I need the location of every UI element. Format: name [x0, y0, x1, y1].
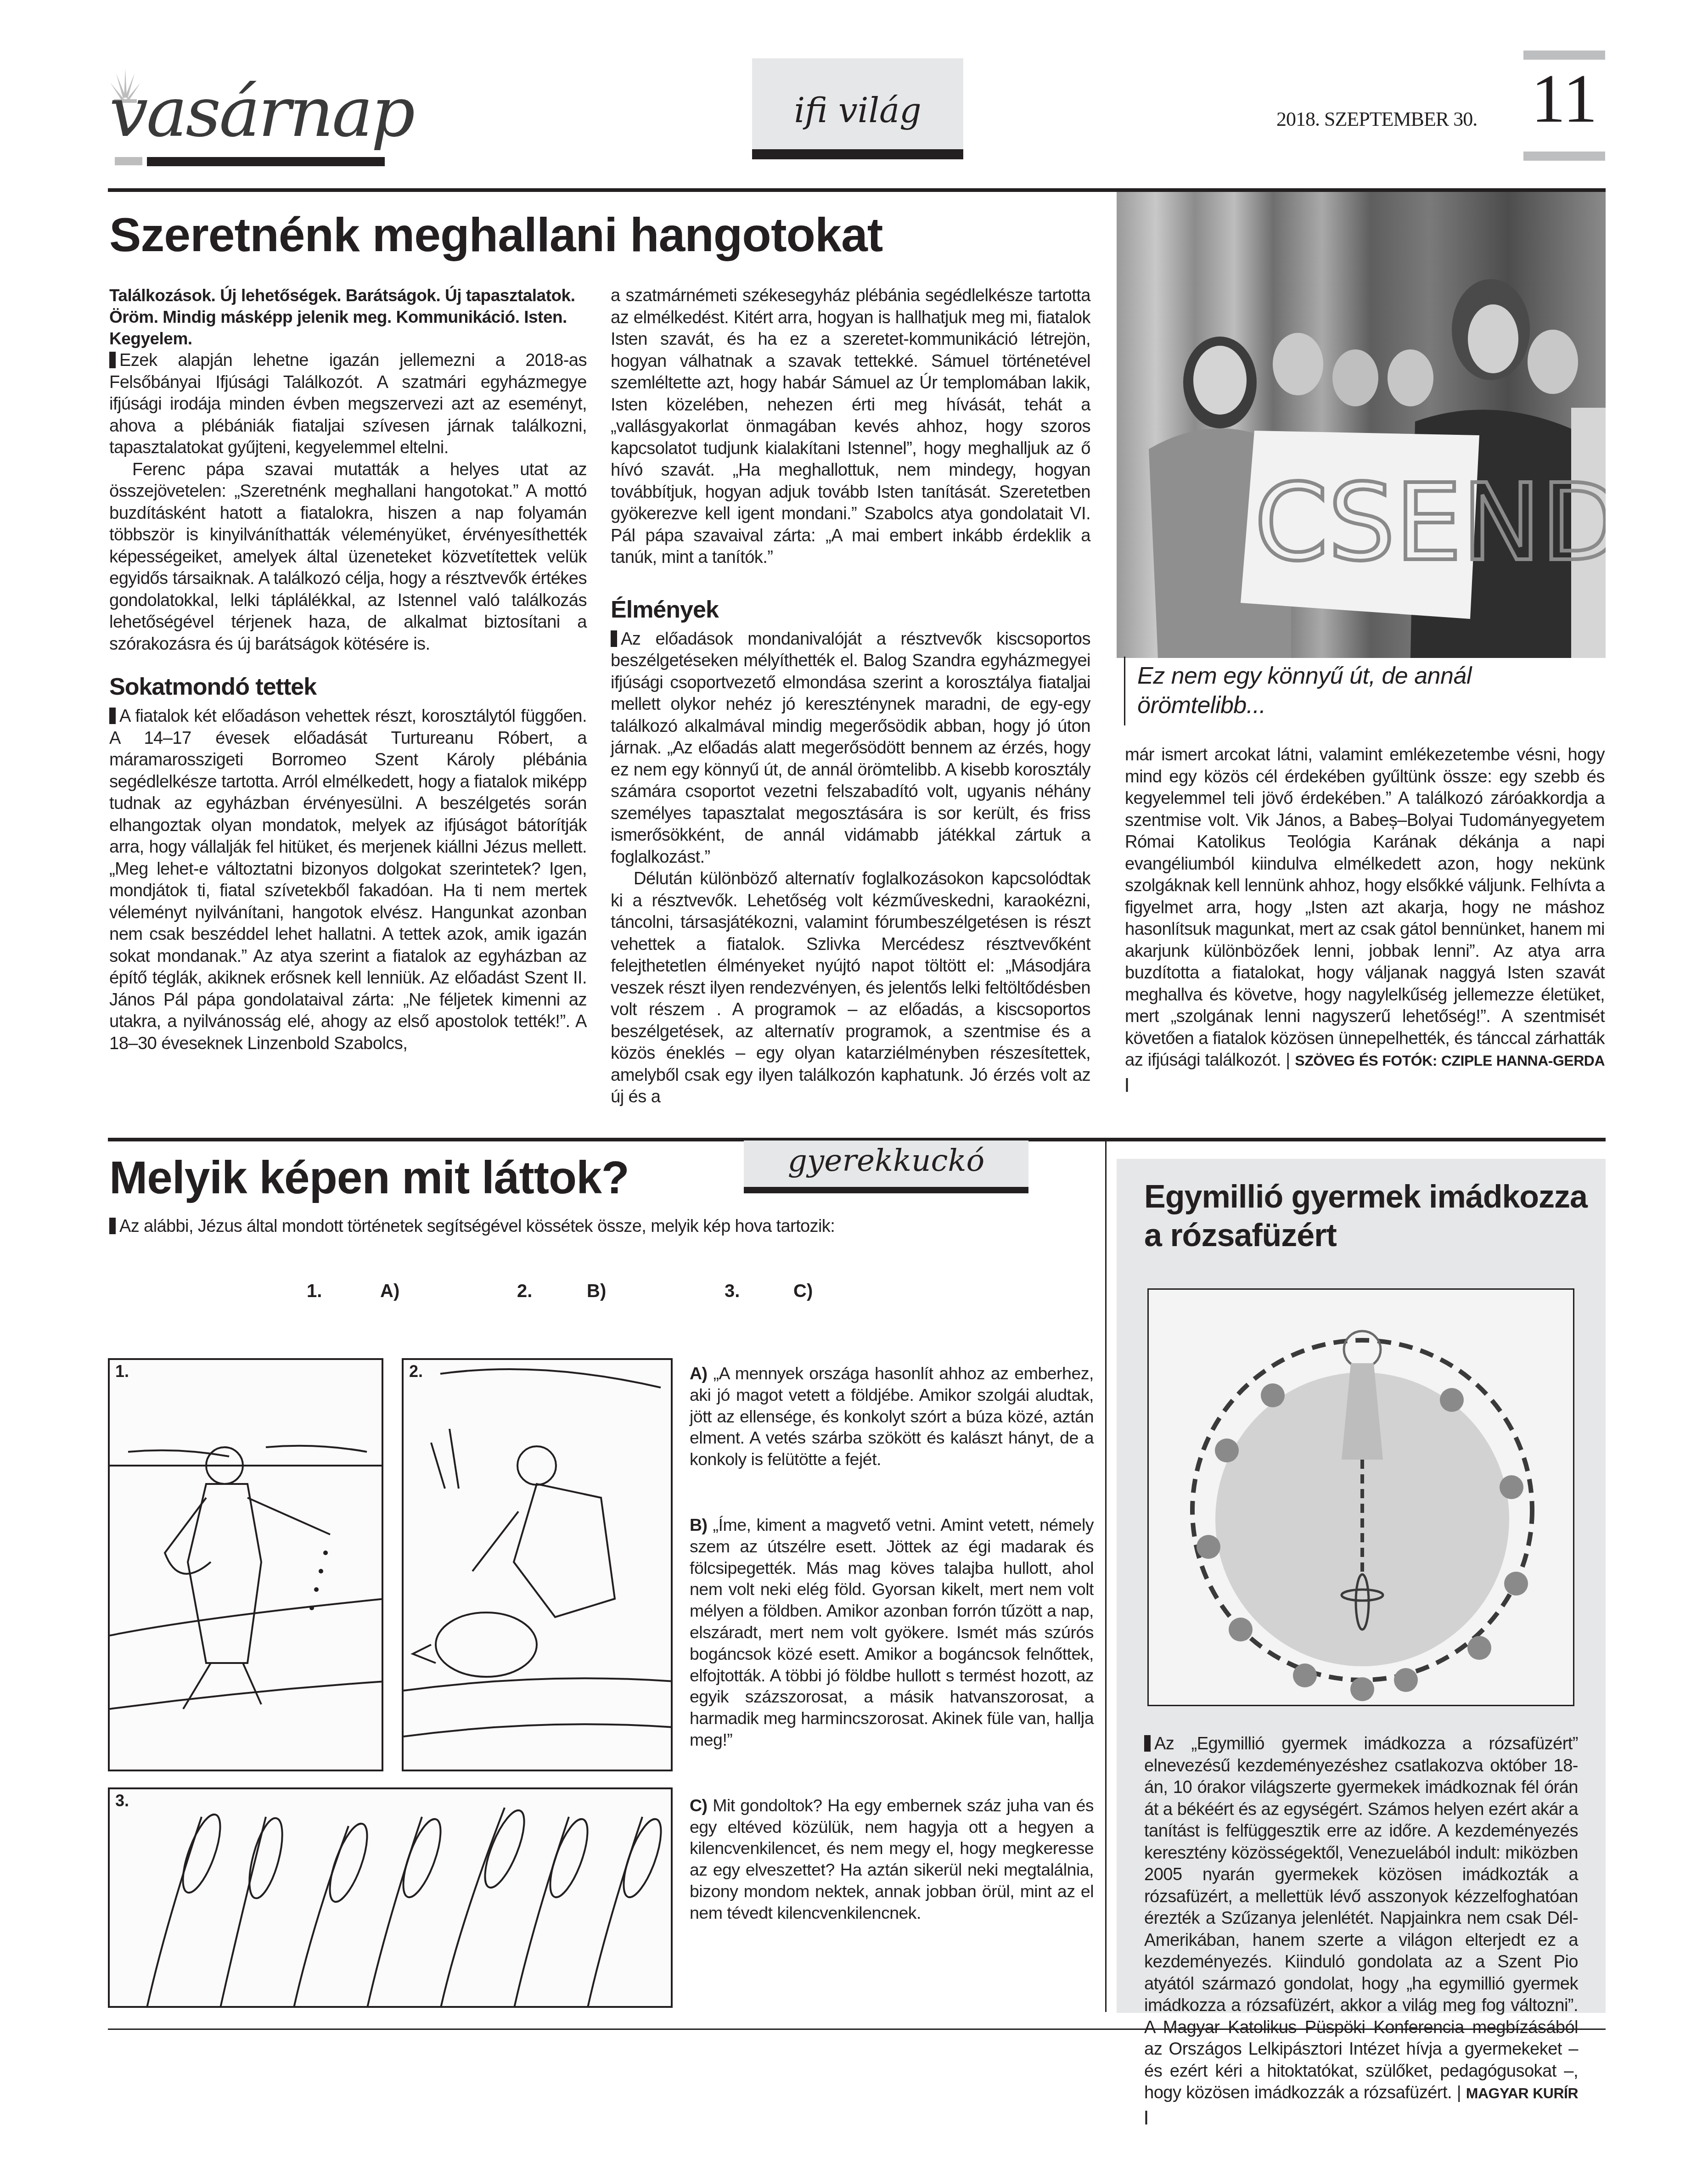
logo-underline — [147, 157, 385, 166]
photo-caption: Ez nem egy könnyű út, de annál örömtelib… — [1124, 657, 1583, 725]
bottom-divider — [108, 2029, 1606, 2030]
answer-letter-2[interactable]: B) — [587, 1281, 606, 1302]
article-lead: Találkozások. Új lehetőségek. Barátságok… — [109, 285, 587, 349]
article-column-3: már ismert arcokat látni, valamint emlék… — [1125, 744, 1605, 1095]
article-column-1: Találkozások. Új lehetőségek. Barátságok… — [109, 285, 587, 1054]
youth-group-photo-icon: CSEND — [1117, 192, 1606, 658]
panel-number: 1. — [115, 1362, 129, 1381]
sidebar-body: Az „Egymillió gyermek imádkozza a rózsaf… — [1144, 1733, 1578, 2127]
section-label: ifi világ — [752, 58, 963, 159]
kids-headline: Melyik képen mit láttok? — [109, 1152, 629, 1203]
parable-drawings: 1. 2. — [108, 1340, 673, 2010]
logo-text: vasárnap — [109, 78, 413, 147]
paragraph-marker-icon — [611, 630, 617, 647]
rosary-sidebar: Egymillió gyermek imádkozza a rózsafüzér… — [1117, 1159, 1606, 2013]
shepherd-sheep-drawing-icon — [404, 1360, 673, 1771]
article-photo: CSEND — [1117, 192, 1606, 658]
logo-underline-gray — [115, 157, 142, 165]
parable-b: B) „Íme, kiment a magvető vetni. Amint v… — [690, 1514, 1094, 1751]
panel-number: 3. — [115, 1791, 129, 1810]
paragraph-marker-icon — [109, 708, 116, 724]
page-number-bar-top — [1523, 51, 1605, 60]
paragraph: már ismert arcokat látni, valamint emlék… — [1125, 744, 1605, 1095]
article-column-2: a szatmárnémeti székesegyház plébánia se… — [611, 285, 1090, 1108]
answer-letter-3: C) — [793, 1281, 813, 1302]
paragraph-marker-icon — [109, 1218, 116, 1234]
kids-intro: Az alábbi, Jézus által mondott története… — [109, 1217, 835, 1236]
paragraph: Az előadások mondanivalóját a résztvevők… — [611, 628, 1090, 868]
kids-section-title: gyerekkuckó — [788, 1143, 984, 1185]
svg-text:CSEND: CSEND — [1254, 462, 1606, 584]
page-number: 11 — [1523, 64, 1605, 133]
paragraph: Délután különböző alternatív foglalkozás… — [611, 868, 1090, 1108]
paragraph-marker-icon — [1144, 1735, 1151, 1752]
subheading-elmenyek: Élmények — [611, 596, 1090, 624]
paragraph: A fiatalok két előadáson vehettek részt,… — [109, 705, 587, 1054]
subheading-sokatmondo: Sokatmondó tettek — [109, 673, 587, 701]
page-number-block: 11 — [1523, 51, 1605, 161]
sidebar-headline: Egymillió gyermek imádkozza a rózsafüzér… — [1144, 1177, 1606, 1254]
top-divider — [108, 188, 1606, 192]
article-headline: Szeretnénk meghallani hangotokat — [109, 209, 882, 261]
wheat-field-drawing-icon — [110, 1789, 673, 2008]
kids-section-label: gyerekkuckó — [744, 1141, 1028, 1193]
paragraph: Ferenc pápa szavai mutatták a helyes uta… — [109, 459, 587, 655]
parable-texts: A) „A mennyek országa hasonlít ahhoz az … — [690, 1363, 1094, 1968]
answer-number-1: 1. — [307, 1281, 322, 1302]
sower-drawing-icon — [110, 1360, 383, 1771]
paragraph: Ezek alapján lehetne igazán jellemezni a… — [109, 349, 587, 459]
parable-c: C) Mit gondoltok? Ha egy embernek száz j… — [690, 1795, 1094, 1924]
drawing-panel-2: 2. — [402, 1358, 673, 1771]
sidebar-illustration — [1147, 1288, 1574, 1706]
page-number-bar-bottom — [1523, 152, 1605, 161]
answer-letter-1[interactable]: A) — [380, 1281, 399, 1302]
parable-a: A) „A mennyek országa hasonlít ahhoz az … — [690, 1363, 1094, 1470]
children-rosary-circle-icon — [1149, 1290, 1574, 1706]
paragraph: a szatmárnémeti székesegyház plébánia se… — [611, 285, 1090, 568]
drawing-panel-1: 1. — [108, 1358, 383, 1771]
paragraph-marker-icon — [109, 352, 116, 368]
answer-number-3: 3. — [725, 1281, 740, 1302]
column-divider — [1105, 1140, 1107, 2012]
answer-number-2: 2. — [517, 1281, 532, 1302]
masthead-logo: vasárnap — [109, 69, 385, 161]
panel-number: 2. — [409, 1362, 423, 1381]
section-title: ifi világ — [794, 77, 921, 130]
issue-date: 2018. SZEPTEMBER 30. — [1276, 107, 1477, 131]
drawing-panel-3: 3. — [108, 1787, 673, 2008]
